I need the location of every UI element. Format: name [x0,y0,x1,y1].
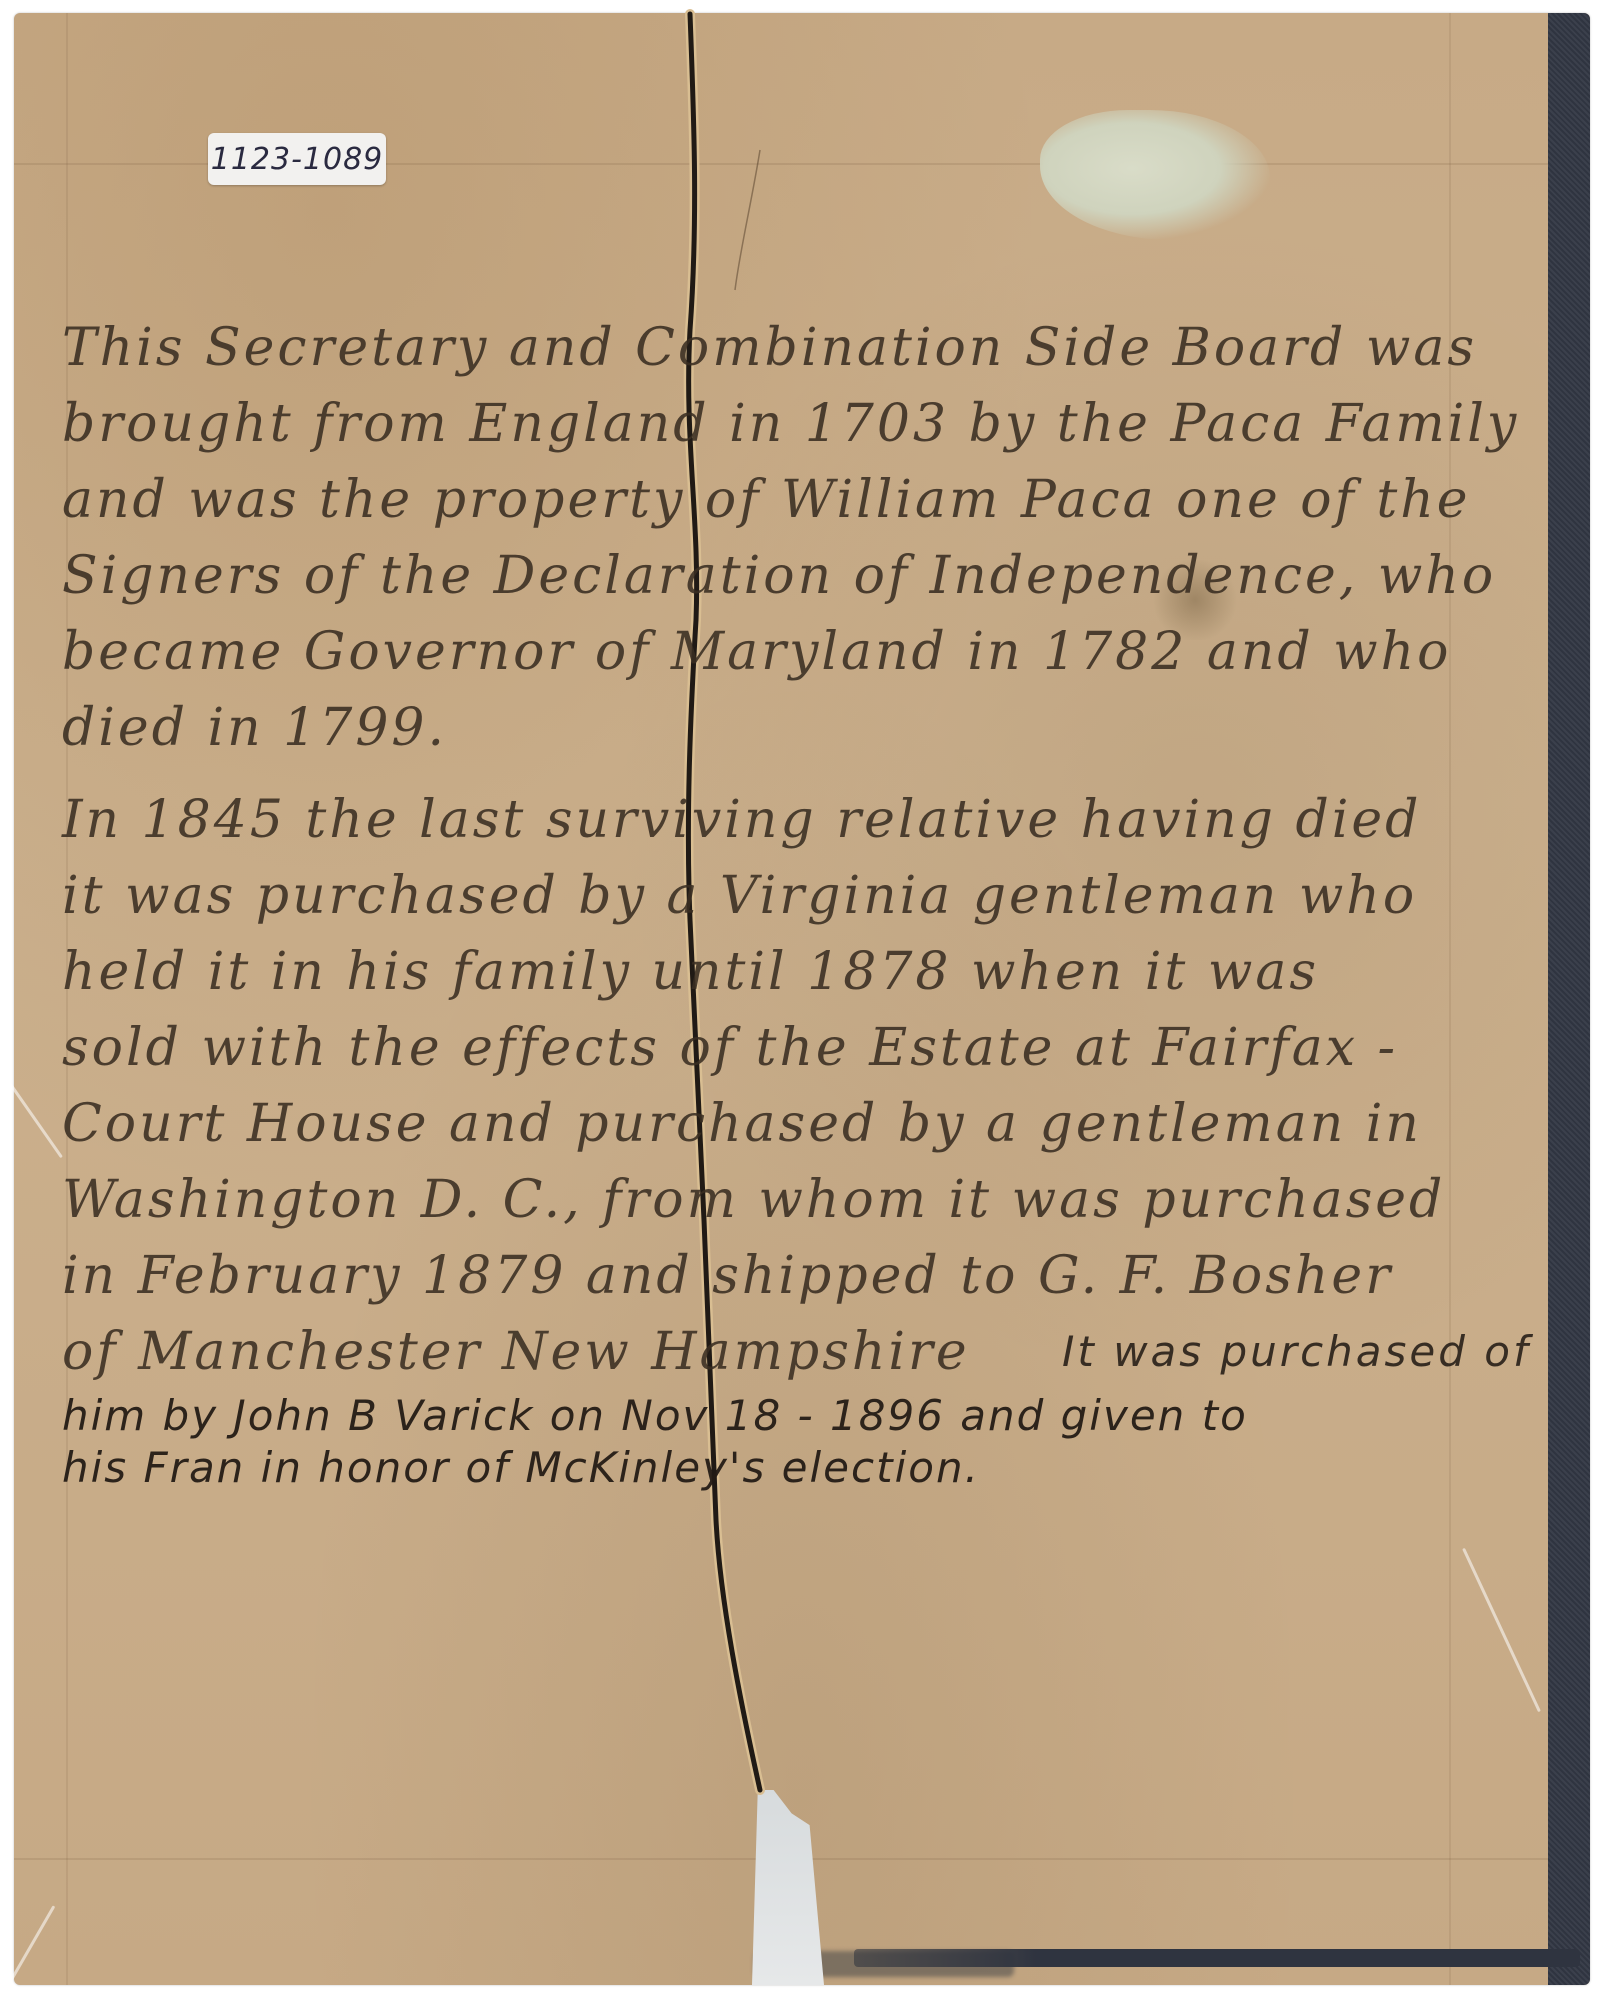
text-line: Washington D. C., from whom it was purch… [62,1162,1542,1238]
text-line: sold with the effects of the Estate at F… [62,1010,1542,1086]
text-line: Signers of the Declaration of Independen… [62,538,1542,614]
text-line: it was purchased by a Virginia gentleman… [62,858,1542,934]
text-line: brought from England in 1703 by the Paca… [62,386,1542,462]
text-line: of Manchester New Hampshire It was purch… [62,1314,1542,1390]
text-line: died in 1799. [62,690,1542,766]
text-line: became Governor of Maryland in 1782 and … [62,614,1542,690]
text-line: and was the property of William Paca one… [62,462,1542,538]
inventory-label: 1123-1089 [208,133,386,185]
text-line-segment: of Manchester New Hampshire [62,1322,970,1382]
text-line: in February 1879 and shipped to G. F. Bo… [62,1238,1542,1314]
later-inscription-start: It was purchased of [1062,1314,1531,1390]
text-line: In 1845 the last surviving relative havi… [62,782,1542,858]
inventory-number: 1123-1089 [211,142,384,177]
later-inscription-line: him by John B Varick on Nov 18 - 1896 an… [62,1390,1542,1442]
cloth-binding-edge [1548,13,1590,1985]
cloth-binding-bottom [854,1949,1580,1967]
text-line: This Secretary and Combination Side Boar… [62,310,1542,386]
text-line: Court House and purchased by a gentleman… [62,1086,1542,1162]
handwritten-text: This Secretary and Combination Side Boar… [62,310,1542,1494]
later-inscription-line: his Fran in honor of McKinley's election… [62,1442,1542,1494]
text-line: held it in his family until 1878 when it… [62,934,1542,1010]
